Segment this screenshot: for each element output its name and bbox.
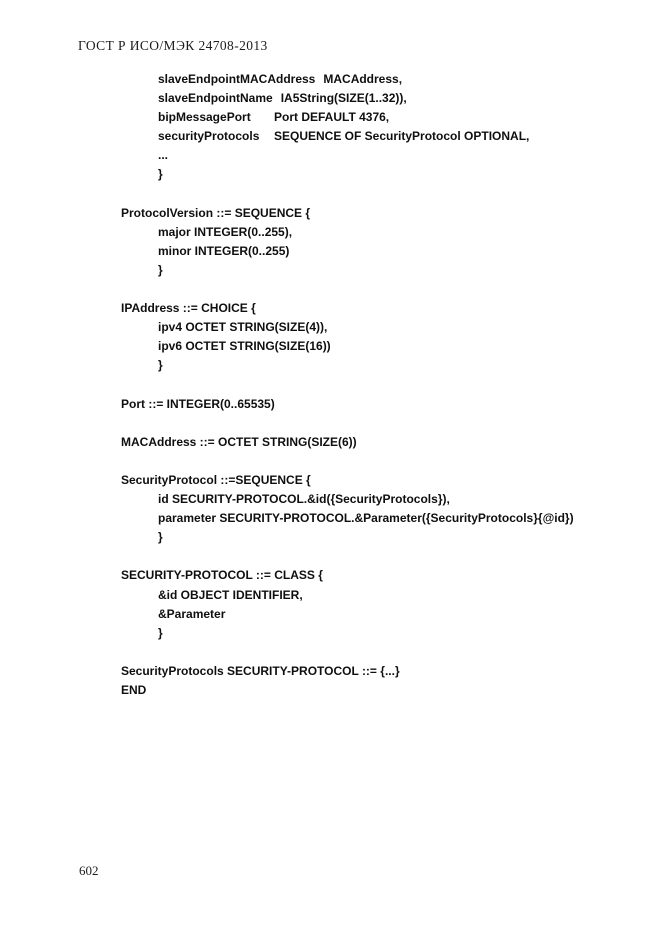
asn1-line: SecurityProtocol ::=SEQUENCE { bbox=[78, 471, 642, 490]
asn1-line: Port ::= INTEGER(0..65535) bbox=[78, 395, 642, 414]
asn1-line: id SECURITY-PROTOCOL.&id({SecurityProtoc… bbox=[78, 490, 642, 509]
asn1-line: } bbox=[78, 261, 642, 280]
asn1-line: ... bbox=[78, 146, 642, 165]
asn1-line: IPAddress ::= CHOICE { bbox=[78, 299, 642, 318]
standard-reference-header: ГОСТ Р ИСО/МЭК 24708-2013 bbox=[78, 38, 268, 54]
asn1-block: Port ::= INTEGER(0..65535) bbox=[78, 395, 642, 414]
asn1-field-type: SEQUENCE OF SecurityProtocol OPTIONAL, bbox=[274, 129, 529, 143]
asn1-block: MACAddress ::= OCTET STRING(SIZE(6)) bbox=[78, 433, 642, 452]
asn1-line: ipv4 OCTET STRING(SIZE(4)), bbox=[78, 318, 642, 337]
asn1-field-name: slaveEndpointName bbox=[158, 89, 281, 108]
asn1-line: } bbox=[78, 356, 642, 375]
asn1-line: bipMessagePortPort DEFAULT 4376, bbox=[78, 108, 642, 127]
asn1-line: &Parameter bbox=[78, 605, 642, 624]
asn1-line: slaveEndpointNameIA5String(SIZE(1..32)), bbox=[78, 89, 642, 108]
asn1-block: SecurityProtocols SECURITY-PROTOCOL ::= … bbox=[78, 662, 642, 700]
asn1-field-name: securityProtocols bbox=[158, 127, 274, 146]
page-number: 602 bbox=[79, 863, 99, 879]
asn1-field-type: IA5String(SIZE(1..32)), bbox=[281, 91, 407, 105]
asn1-line: securityProtocolsSEQUENCE OF SecurityPro… bbox=[78, 127, 642, 146]
asn1-line: &id OBJECT IDENTIFIER, bbox=[78, 586, 642, 605]
asn1-line: ProtocolVersion ::= SEQUENCE { bbox=[78, 204, 642, 223]
asn1-line: } bbox=[78, 165, 642, 184]
asn1-line: } bbox=[78, 624, 642, 643]
asn1-line: major INTEGER(0..255), bbox=[78, 223, 642, 242]
asn1-line: ipv6 OCTET STRING(SIZE(16)) bbox=[78, 337, 642, 356]
asn1-field-type: MACAddress, bbox=[323, 72, 402, 86]
asn1-line: parameter SECURITY-PROTOCOL.&Parameter({… bbox=[78, 509, 642, 528]
asn1-line: SecurityProtocols SECURITY-PROTOCOL ::= … bbox=[78, 662, 642, 681]
asn1-line: END bbox=[78, 681, 642, 700]
asn1-block: SecurityProtocol ::=SEQUENCE {id SECURIT… bbox=[78, 471, 642, 547]
asn1-code-area: slaveEndpointMACAddressMACAddress,slaveE… bbox=[78, 70, 642, 719]
asn1-block: slaveEndpointMACAddressMACAddress,slaveE… bbox=[78, 70, 642, 185]
asn1-block: IPAddress ::= CHOICE {ipv4 OCTET STRING(… bbox=[78, 299, 642, 375]
asn1-block: ProtocolVersion ::= SEQUENCE {major INTE… bbox=[78, 204, 642, 280]
asn1-line: } bbox=[78, 528, 642, 547]
asn1-line: MACAddress ::= OCTET STRING(SIZE(6)) bbox=[78, 433, 642, 452]
asn1-line: SECURITY-PROTOCOL ::= CLASS { bbox=[78, 566, 642, 585]
document-page: ГОСТ Р ИСО/МЭК 24708-2013 slaveEndpointM… bbox=[0, 0, 662, 935]
asn1-field-name: slaveEndpointMACAddress bbox=[158, 70, 323, 89]
asn1-block: SECURITY-PROTOCOL ::= CLASS {&id OBJECT … bbox=[78, 566, 642, 642]
asn1-field-type: Port DEFAULT 4376, bbox=[274, 110, 389, 124]
asn1-field-name: bipMessagePort bbox=[158, 108, 274, 127]
asn1-line: minor INTEGER(0..255) bbox=[78, 242, 642, 261]
asn1-line: slaveEndpointMACAddressMACAddress, bbox=[78, 70, 642, 89]
